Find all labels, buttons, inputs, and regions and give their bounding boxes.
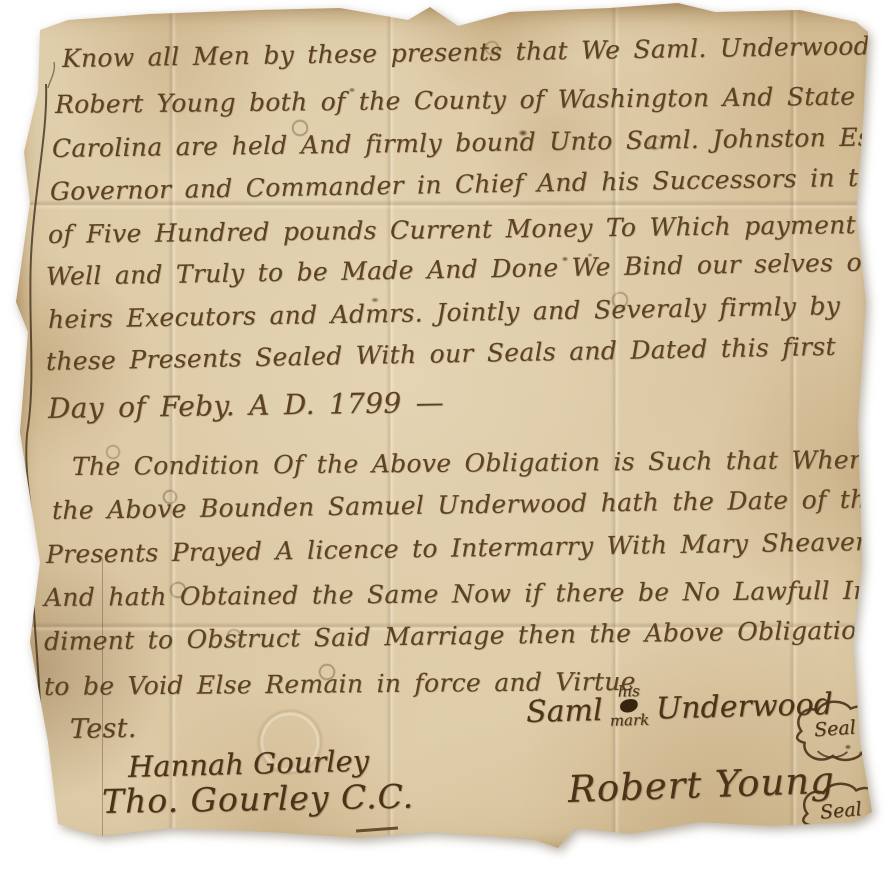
vertical-fold-crease (168, 2, 177, 858)
manuscript-line-date: Day of Feby. A D. 1799 — (48, 386, 444, 425)
attestation-test-label: Test. (70, 713, 137, 745)
manuscript-line: heirs Executors and Admrs. Jointly and S… (48, 291, 841, 334)
signature-given-name: Saml (526, 693, 603, 730)
manuscript-line: Governor and Commander in Chief And his … (50, 161, 896, 206)
young-seal-scribble: Seal (793, 776, 891, 849)
manuscript-line: The Condition Of the Above Obligation is… (72, 445, 896, 481)
manuscript-line: of Five Hundred pounds Current Money To … (48, 210, 856, 249)
manuscript-line: And hath Obtained the Same Now if there … (44, 575, 896, 612)
seal-word: Seal (819, 798, 862, 824)
manuscript-line: Robert Young both of the County of Washi… (55, 81, 896, 119)
paper-surface: Know all Men by these presents that We S… (10, 2, 886, 858)
manuscript-line: the Above Bounden Samuel Underwood hath … (52, 484, 896, 525)
manuscript-line: diment to Obstruct Said Marriage then th… (44, 615, 873, 656)
manuscript-line: Carolina are held And firmly bound Unto … (52, 122, 896, 163)
manuscript-line: Well and Truly to be Made And Done We Bi… (46, 247, 891, 291)
manuscript-line: Know all Men by these presents that We S… (62, 30, 896, 73)
mark-label: mark (610, 714, 650, 727)
manuscript-paper: Know all Men by these presents that We S… (10, 2, 886, 858)
signature-tho-gourley: Tho. Gourley C.C. (102, 777, 415, 821)
his-mark-stack: hismark (609, 685, 649, 727)
seal-word: Seal (813, 717, 856, 742)
signature-samuel-underwood: SamlhismarkUnderwood (525, 680, 833, 730)
manuscript-line: these Presents Sealed With our Seals and… (46, 332, 836, 376)
underwood-seal-scribble: Seal (786, 694, 886, 769)
scanned-document-page: { "colors": { "background": "#ffffff", "… (0, 0, 896, 869)
manuscript-line: Presents Prayed A licence to Intermarry … (46, 527, 868, 569)
his-label: his (609, 685, 649, 698)
signature-underline-dash (356, 827, 398, 833)
